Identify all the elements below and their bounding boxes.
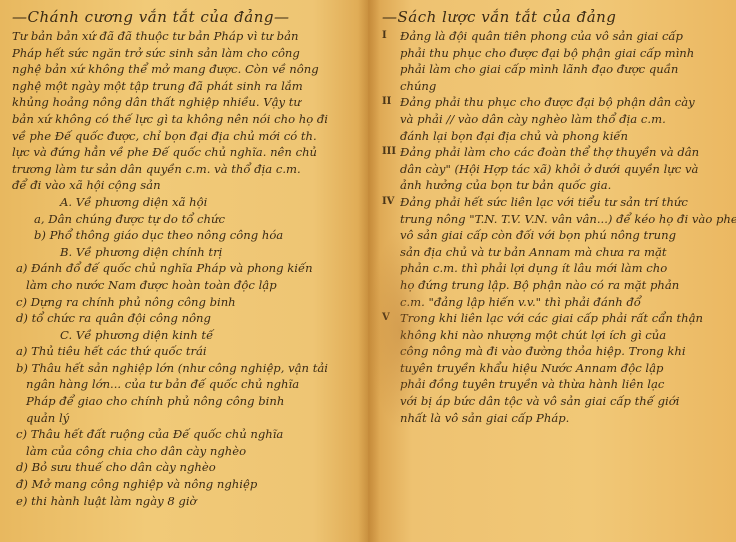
policy-item-3: III Đảng phải làm cho các đoàn thể thợ t… <box>382 144 726 194</box>
list-item: d) Bỏ sưu thuế cho dân cày nghèo <box>12 459 358 476</box>
text-line: Tư bản bản xứ đã đã thuộc tư bản Pháp vì… <box>12 28 358 45</box>
text-line: phải đồng tuyên truyền và thừa hành liên… <box>400 376 726 393</box>
list-item: a) Thủ tiêu hết các thứ quốc trái <box>12 343 358 360</box>
section-heading: A. Về phương diện xã hội <box>12 194 358 211</box>
text-line: Đảng là đội quân tiên phong của vô sản g… <box>400 28 726 45</box>
text-line: c.m. "đảng lập hiến v.v." thì phải đánh … <box>400 294 736 311</box>
text-line: chúng <box>400 78 726 95</box>
text-line: vô sản giai cấp còn đối với bọn phú nông… <box>400 227 736 244</box>
list-item: Pháp để giao cho chính phủ nông công bin… <box>12 393 358 410</box>
text-line: phản c.m. thì phải lợi dụng ít lâu mới l… <box>400 260 736 277</box>
text-line: khủng hoảng nông dân thất nghiệp nhiều. … <box>12 94 358 111</box>
text-line: nghệ một ngày một tập trung đã phát sinh… <box>12 78 358 95</box>
roman-numeral: V <box>382 310 400 426</box>
list-item: e) thi hành luật làm ngày 8 giờ <box>12 493 358 510</box>
text-line: Pháp hết sức ngăn trở sức sinh sản làm c… <box>12 45 358 62</box>
list-item: làm của công chia cho dân cày nghèo <box>12 443 358 460</box>
policy-item-4: IV Đảng phải hết sức liên lạc với tiểu t… <box>382 194 726 310</box>
text-line: tuyên truyền khẩu hiệu Nước Annam độc lậ… <box>400 360 726 377</box>
text-line: với bị áp bức dân tộc và vô sản giai cấp… <box>400 393 726 410</box>
text-line: nhất là vô sản giai cấp Pháp. <box>400 410 726 427</box>
text-line: Đảng phải thu phục cho được đại bộ phận … <box>400 94 726 111</box>
policy-item-2: II Đảng phải thu phục cho được đại bộ ph… <box>382 94 726 144</box>
list-item: d) tổ chức ra quân đội công nông <box>12 310 358 327</box>
text-line: họ đứng trung lập. Bộ phận nào có ra mặt… <box>400 277 736 294</box>
text-line: lực và đứng hẳn về phe Đế quốc chủ nghĩa… <box>12 144 358 161</box>
intro-paragraph: Tư bản bản xứ đã đã thuộc tư bản Pháp vì… <box>12 28 358 194</box>
document-spread: —Chánh cương vắn tắt của đảng— Tư bản bả… <box>0 0 736 542</box>
text-line: trung nông "T.N. T.V. V.N. vân vân...) đ… <box>400 211 736 228</box>
section-heading: C. Về phương diện kinh tế <box>12 327 358 344</box>
roman-numeral: IV <box>382 194 400 310</box>
text-line: dân cày" (Hội Hợp tác xã) khỏi ở dưới qu… <box>400 161 726 178</box>
text-line: phải làm cho giai cấp mình lãnh đạo được… <box>400 61 726 78</box>
list-item: đ) Mở mang công nghiệp và nông nghiệp <box>12 476 358 493</box>
text-line: Đảng phải hết sức liên lạc với tiểu tư s… <box>400 194 736 211</box>
section-social: A. Về phương diện xã hội a, Dân chúng đư… <box>12 194 358 244</box>
list-item: làm cho nước Nam được hoàn toàn độc lập <box>12 277 358 294</box>
text-line: Trong khi liên lạc với các giai cấp phải… <box>400 310 726 327</box>
text-line: ảnh hưởng của bọn tư bản quốc gia. <box>400 177 726 194</box>
text-line: để đi vào xã hội cộng sản <box>12 177 358 194</box>
text-line: sản địa chủ và tư bản Annam mà chưa ra m… <box>400 244 736 261</box>
text-line: phải thu phục cho được đại bộ phận giai … <box>400 45 726 62</box>
roman-numeral: I <box>382 28 400 94</box>
policy-item-1: I Đảng là đội quân tiên phong của vô sản… <box>382 28 726 94</box>
text-line: công nông mà đi vào đường thỏa hiệp. Tro… <box>400 343 726 360</box>
policy-item-5: V Trong khi liên lạc với các giai cấp ph… <box>382 310 726 426</box>
section-economic: C. Về phương diện kinh tế a) Thủ tiêu hế… <box>12 327 358 510</box>
list-item: c) Thâu hết đất ruộng của Đế quốc chủ ng… <box>12 426 358 443</box>
section-political: B. Về phương diện chính trị a) Đánh đổ đ… <box>12 244 358 327</box>
right-page-title: —Sách lược vắn tắt của đảng <box>382 8 726 26</box>
list-item: quản lý <box>12 410 358 427</box>
list-item: ngân hàng lớn... của tư bản đế quốc chủ … <box>12 376 358 393</box>
left-page-title: —Chánh cương vắn tắt của đảng— <box>12 8 358 26</box>
left-page: —Chánh cương vắn tắt của đảng— Tư bản bả… <box>0 0 368 542</box>
section-heading: B. Về phương diện chính trị <box>12 244 358 261</box>
roman-numeral: II <box>382 94 400 144</box>
text-line: bản xứ không có thế lực gì ta không nên … <box>12 111 358 128</box>
roman-numeral: III <box>382 144 400 194</box>
text-line: Đảng phải làm cho các đoàn thể thợ thuyề… <box>400 144 726 161</box>
text-line: về phe Đế quốc được, chỉ bọn đại địa chủ… <box>12 128 358 145</box>
list-item: a) Đánh đổ đế quốc chủ nghĩa Pháp và pho… <box>12 260 358 277</box>
right-page: —Sách lược vắn tắt của đảng I Đảng là độ… <box>368 0 736 542</box>
list-item: b) Thâu hết sản nghiệp lớn (như công ngh… <box>12 360 358 377</box>
list-item: b) Phổ thông giáo dục theo nông công hóa <box>12 227 358 244</box>
text-line: không khi nào nhượng một chút lợi ích gì… <box>400 327 726 344</box>
list-item: c) Dựng ra chính phủ nông công binh <box>12 294 358 311</box>
text-line: đánh lại bọn đại địa chủ và phong kiến <box>400 128 726 145</box>
list-item: a, Dân chúng được tự do tổ chức <box>12 211 358 228</box>
text-line: nghệ bản xứ không thể mở mang được. Còn … <box>12 61 358 78</box>
text-line: và phải // vào dân cày nghèo làm thổ địa… <box>400 111 726 128</box>
text-line: trương làm tư sản dân quyền c.m. và thổ … <box>12 161 358 178</box>
